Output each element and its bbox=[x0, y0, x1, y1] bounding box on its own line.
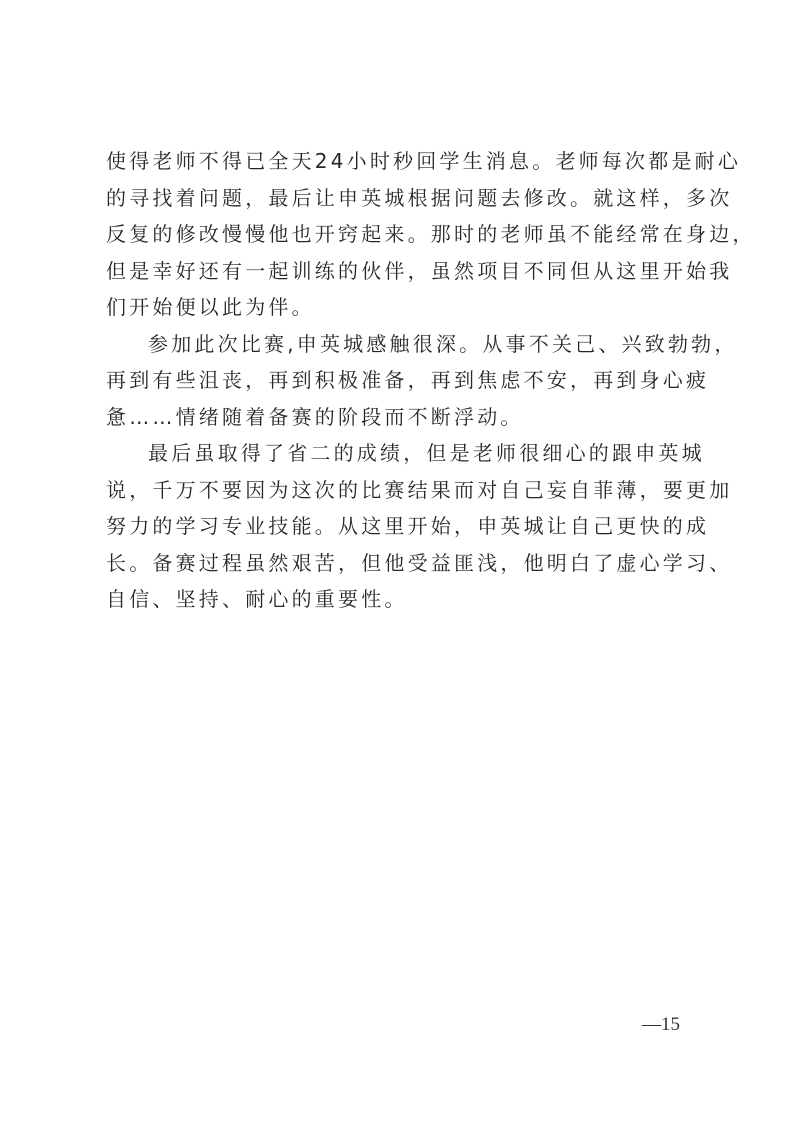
text-line: 们开始便以此为伴。 bbox=[106, 289, 696, 326]
document-page: 使得老师不得已全天24小时秒回学生消息。老师每次都是耐心 的寻找着问题，最后让申… bbox=[0, 0, 793, 1122]
text-line: 再到有些沮丧，再到积极准备，再到焦虑不安，再到身心疲 bbox=[106, 362, 696, 399]
text-line: 反复的修改慢慢他也开窍起来。那时的老师虽不能经常在身边， bbox=[106, 216, 696, 253]
text-line: 但是幸好还有一起训练的伙伴，虽然项目不同但从这里开始我 bbox=[106, 253, 696, 290]
text-line: 的寻找着问题，最后让申英城根据问题去修改。就这样，多次 bbox=[106, 180, 696, 217]
text-line: 使得老师不得已全天24小时秒回学生消息。老师每次都是耐心 bbox=[106, 143, 696, 180]
text-line: 说，千万不要因为这次的比赛结果而对自己妄自菲薄，要更加 bbox=[106, 472, 696, 509]
text-line: 自信、坚持、耐心的重要性。 bbox=[106, 581, 696, 618]
page-number: —15 bbox=[642, 1014, 680, 1036]
text-line: 长。备赛过程虽然艰苦，但他受益匪浅，他明白了虚心学习、 bbox=[106, 545, 696, 582]
paragraph-start-line: 最后虽取得了省二的成绩，但是老师很细心的跟申英城 bbox=[106, 435, 696, 472]
body-text: 使得老师不得已全天24小时秒回学生消息。老师每次都是耐心 的寻找着问题，最后让申… bbox=[106, 143, 696, 618]
text-line: 努力的学习专业技能。从这里开始，申英城让自己更快的成 bbox=[106, 508, 696, 545]
paragraph-start-line: 参加此次比赛,申英城感触很深。从事不关己、兴致勃勃， bbox=[106, 326, 696, 363]
text-line: 惫……情绪随着备赛的阶段而不断浮动。 bbox=[106, 399, 696, 436]
